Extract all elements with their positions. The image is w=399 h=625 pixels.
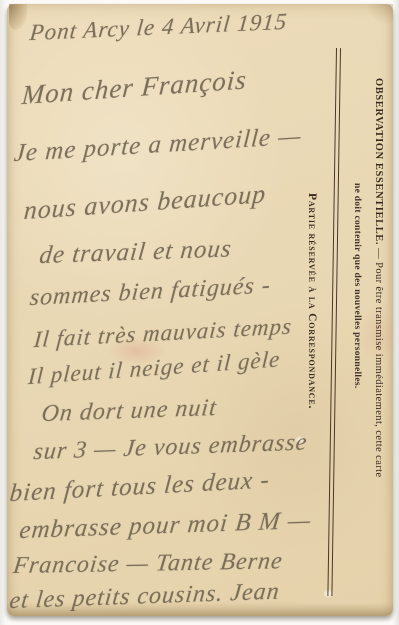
handwriting-line: On dort une nuit bbox=[40, 395, 218, 428]
handwriting-line: Je me porte a merveille — bbox=[13, 122, 303, 168]
printed-observation-rest: — Pour être transmise immédiatement, cet… bbox=[373, 245, 384, 477]
handwriting-line: sommes bien fatigués - bbox=[29, 272, 272, 312]
handwriting-line: nous avons beaucoup bbox=[23, 179, 267, 226]
divider-double-rule bbox=[327, 48, 341, 596]
handwriting-line: de travail et nous bbox=[38, 235, 233, 270]
partie-reservee-label: Partie réservée à la Correspondance. bbox=[306, 193, 318, 409]
corner-damage-top-right bbox=[367, 4, 393, 24]
handwriting-line: Francoise — Tante Berne bbox=[12, 548, 285, 580]
date-line: Pont Arcy le 4 Avril 1915 bbox=[28, 9, 288, 46]
printed-observation-line2: ne doit contenir que des nouvelles perso… bbox=[352, 183, 362, 389]
corner-damage-top-left bbox=[9, 4, 27, 30]
handwriting-signature-line: et les petits cousins. Jean bbox=[8, 579, 281, 616]
handwriting-line: Il fait très mauvais temps bbox=[33, 313, 293, 353]
printed-observation-line1: OBSERVATION ESSENTIELLE. — Pour être tra… bbox=[373, 78, 384, 478]
postcard-scan: { "postcard": { "handwriting": { "lines"… bbox=[0, 0, 399, 625]
handwriting-salutation: Mon cher François bbox=[21, 64, 248, 111]
handwriting-line: sur 3 — Je vous embrasse bbox=[32, 429, 309, 466]
handwriting-line: bien fort tous les deux - bbox=[9, 466, 271, 508]
postcard-back: Pont Arcy le 4 Avril 1915 Mon cher Franç… bbox=[7, 4, 393, 616]
printed-observation-heading: OBSERVATION ESSENTIELLE. bbox=[373, 78, 384, 245]
handwriting-line: Il pleut il neige et il gèle bbox=[27, 346, 281, 390]
handwriting-line: embrasse pour moi B M — bbox=[18, 507, 313, 545]
